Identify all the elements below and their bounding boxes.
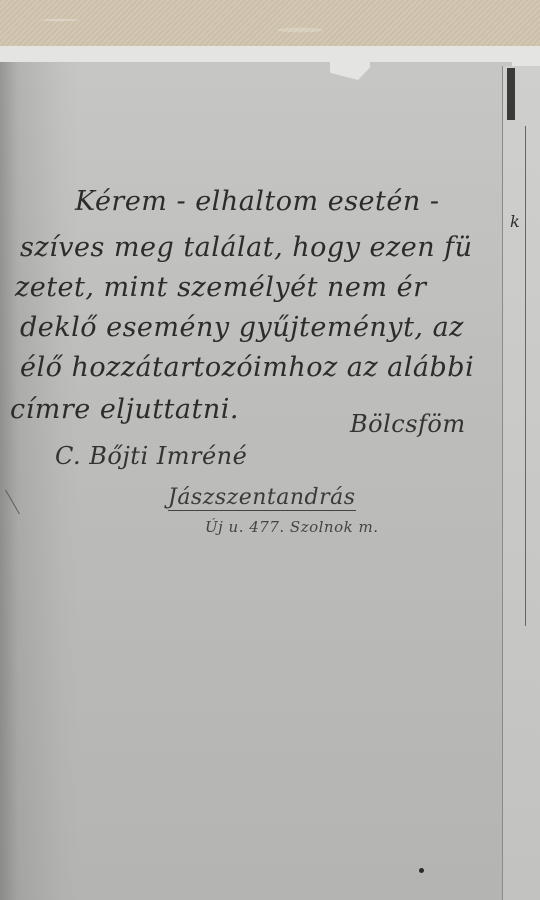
body-line-4: deklő esemény gyűjteményt, az	[20, 312, 464, 343]
closing-word: Bölcsföm	[350, 410, 466, 438]
tablecloth-background	[0, 0, 540, 52]
body-line-1: Kérem - elhaltom esetén -	[75, 186, 439, 217]
body-line-6: címre eljuttatni.	[10, 394, 239, 425]
address-street: Új u. 477. Szolnok m.	[205, 518, 378, 536]
edge-fold-line	[525, 126, 526, 626]
page-right-edge	[502, 66, 540, 900]
signature: C. Bőjti Imréné	[55, 442, 247, 470]
edge-fragment: k	[510, 212, 520, 231]
address-town: Jászszentandrás	[168, 485, 356, 511]
body-line-2: szíves meg találat, hogy ezen fü	[20, 232, 473, 263]
body-line-3: zetet, mint személyét nem ér	[15, 272, 427, 303]
ink-dot	[419, 868, 424, 873]
body-line-5: élő hozzátartozóimhoz az alábbi	[20, 352, 474, 383]
edge-dark-mark	[507, 68, 515, 120]
